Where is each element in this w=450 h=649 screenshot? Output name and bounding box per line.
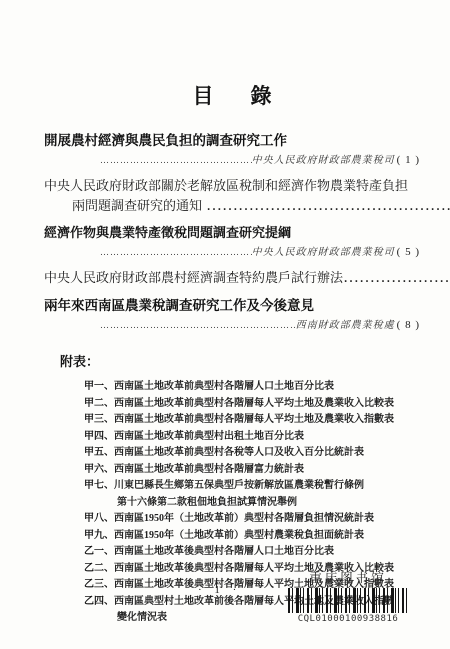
entry-attribution-row: ……………………………………………………………………………… 中央人民政府財政部… bbox=[44, 151, 420, 170]
appendix-item: 甲五、西南區土地改革前典型村各稅等人口及收入百分比統計表 bbox=[84, 445, 420, 462]
entry-inline-row: 中央人民政府財政部農村經濟調查特約農戶試行辦法 …………………………………………… bbox=[44, 268, 420, 289]
item-label: 甲三、 bbox=[84, 414, 114, 425]
appendix-item: 甲一、西南區土地改革前典型村各階層人口土地百分比表 bbox=[84, 379, 420, 396]
item-text: 川東巴縣長生鄉第五保典型戶按新解放區農業稅暫行條例 bbox=[114, 480, 364, 491]
page-number: · 1 · bbox=[198, 584, 241, 596]
page-ref: ( 5 ) bbox=[397, 243, 420, 262]
item-label: 乙三、 bbox=[84, 579, 114, 590]
entry-continuation: 兩問題調查研究的通知 bbox=[72, 196, 202, 215]
item-label: 甲八、 bbox=[84, 513, 114, 524]
entry-title: 中央人民政府財政部關於老解放區稅制和經濟作物農業特產負担 bbox=[44, 176, 420, 196]
appendix-item: 甲三、西南區土地改革前典型村各階層每人平均土地及農業收入指數表 bbox=[84, 412, 420, 429]
appendix-heading: 附表： bbox=[60, 351, 420, 370]
item-text: 西南區土地改革前典型村各階層每人平均土地及農業收入指數表 bbox=[114, 414, 394, 425]
attribution: 中央人民政府財政部農業稅司 bbox=[252, 151, 395, 170]
item-label: 甲二、 bbox=[84, 398, 114, 409]
toc-entry: 開展農村經濟與農民負担的調查研究工作 ………………………………………………………… bbox=[44, 130, 420, 170]
table-of-contents: 開展農村經濟與農民負担的調查研究工作 ………………………………………………………… bbox=[44, 130, 420, 335]
appendix-item: 甲九、西南區1950年（土地改革前）典型村農業稅負担面統計表 bbox=[84, 528, 420, 545]
item-label: 乙四、 bbox=[84, 596, 114, 607]
item-text: 西南區1950年（土地改革前）典型村各階層負担情況統計表 bbox=[114, 513, 374, 524]
scanned-toc-page: 目 錄 開展農村經濟與農民負担的調查研究工作 ……………………………………………… bbox=[0, 0, 450, 649]
toc-entry: 中央人民政府財政部關於老解放區稅制和經濟作物農業特產負担 兩問題調查研究的通知 … bbox=[44, 176, 420, 217]
appendix-item: 甲六、西南區土地改革前典型村各階層富力統計表 bbox=[84, 462, 420, 479]
attribution: 中央人民政府財政部農業稅司 bbox=[252, 243, 395, 262]
appendix-item-continuation: 第十六條第二款租佃地負担試算情況舉例 bbox=[84, 495, 420, 512]
page-ref: ( 8 ) bbox=[397, 316, 420, 335]
library-stamp-block: 重庆图书馆 CQL01000100938816 bbox=[282, 571, 414, 625]
item-label: 乙二、 bbox=[84, 563, 114, 574]
item-text: 西南區土地改革後典型村各階層人口土地百分比表 bbox=[114, 546, 334, 557]
appendix-item: 乙一、西南區土地改革後典型村各階層人口土地百分比表 bbox=[84, 544, 420, 561]
toc-entry: 中央人民政府財政部農村經濟調查特約農戶試行辦法 …………………………………………… bbox=[44, 268, 420, 289]
appendix-item: 甲七、川東巴縣長生鄉第五保典型戶按新解放區農業稅暫行條例 bbox=[84, 478, 420, 495]
entry-title: 兩年來西南區農業稅調查研究工作及今後意見 bbox=[44, 295, 420, 316]
leader-dots: ……………………………………………………………………………… bbox=[100, 243, 252, 262]
attribution: 西南財政部農業稅處 bbox=[296, 316, 395, 335]
leader-dots: ……………………………………………………………………………… bbox=[100, 316, 296, 335]
item-label: 甲四、 bbox=[84, 431, 114, 442]
library-stamp: 重庆图书馆 bbox=[282, 571, 414, 586]
item-text: 西南區土地改革前典型村各階層富力統計表 bbox=[114, 464, 304, 475]
entry-continuation-row: 兩問題調查研究的通知 ……………………………………………………………………………… bbox=[44, 196, 420, 217]
barcode-icon bbox=[288, 588, 408, 613]
appendix-item: 甲二、西南區土地改革前典型村各階層每人平均土地及農業收入比較表 bbox=[84, 396, 420, 413]
page-title: 目 錄 bbox=[52, 80, 420, 110]
item-label: 甲一、 bbox=[84, 381, 114, 392]
toc-entry: 經濟作物與農業特產徵稅問題調查研究提綱 ……………………………………………………… bbox=[44, 223, 420, 262]
item-label: 甲五、 bbox=[84, 447, 114, 458]
item-label: 甲六、 bbox=[84, 464, 114, 475]
item-label: 乙一、 bbox=[84, 546, 114, 557]
entry-title: 經濟作物與農業特產徵稅問題調查研究提綱 bbox=[44, 223, 420, 243]
entry-title: 開展農村經濟與農民負担的調查研究工作 bbox=[44, 130, 420, 151]
entry-attribution-row: ……………………………………………………………………………… 西南財政部農業稅處… bbox=[44, 316, 420, 335]
item-text: 西南區1950年（土地改革前）典型村農業稅負担面統計表 bbox=[114, 530, 364, 541]
appendix-item: 甲八、西南區1950年（土地改革前）典型村各階層負担情況統計表 bbox=[84, 511, 420, 528]
item-text: 西南區土地改革前典型村出租土地百分比表 bbox=[114, 431, 304, 442]
entry-attribution-row: ……………………………………………………………………………… 中央人民政府財政部… bbox=[44, 243, 420, 262]
item-text: 西南區土地改革前典型村各階層人口土地百分比表 bbox=[114, 381, 334, 392]
item-label: 甲七、 bbox=[84, 480, 114, 491]
leader-dots: ……………………………………………………………………………… bbox=[343, 268, 450, 288]
item-text: 西南區土地改革前典型村各階層每人平均土地及農業收入比較表 bbox=[114, 398, 394, 409]
toc-entry: 兩年來西南區農業稅調查研究工作及今後意見 …………………………………………………… bbox=[44, 295, 420, 335]
item-text: 西南區土地改革前典型村各稅等人口及收入百分比統計表 bbox=[114, 447, 364, 458]
item-label: 甲九、 bbox=[84, 530, 114, 541]
page-ref: ( 1 ) bbox=[397, 151, 420, 170]
appendix-item: 甲四、西南區土地改革前典型村出租土地百分比表 bbox=[84, 429, 420, 446]
entry-title: 中央人民政府財政部農村經濟調查特約農戶試行辦法 bbox=[44, 268, 343, 288]
leader-dots: ……………………………………………………………………………… bbox=[206, 196, 450, 215]
barcode-number: CQL01000100938816 bbox=[282, 614, 414, 625]
leader-dots: ……………………………………………………………………………… bbox=[100, 151, 252, 170]
